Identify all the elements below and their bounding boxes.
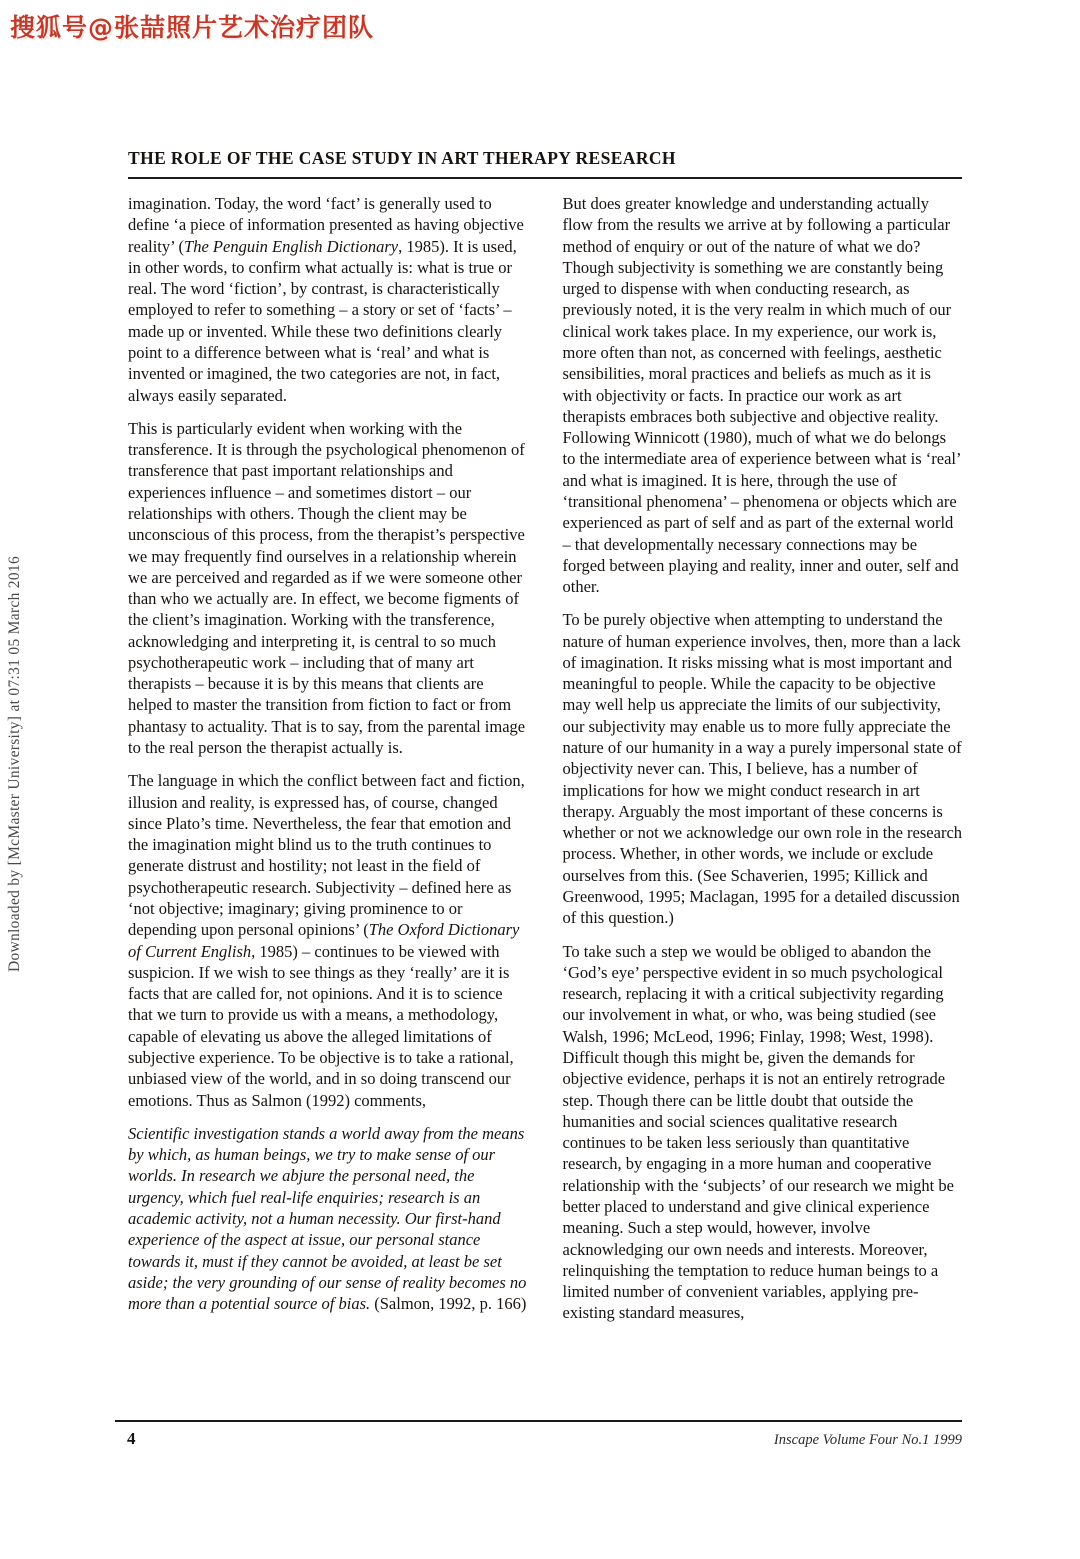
paragraph: But does greater knowledge and understan…	[563, 193, 963, 597]
left-column: imagination. Today, the word ‘fact’ is g…	[128, 193, 528, 1336]
page-footer: 4 Inscape Volume Four No.1 1999	[115, 1420, 962, 1449]
sohu-watermark: 搜狐号@张喆照片艺术治疗团队	[10, 8, 374, 44]
page-number: 4	[115, 1429, 136, 1449]
paragraph: To take such a step we would be obliged …	[563, 941, 963, 1324]
page-content: THE ROLE OF THE CASE STUDY IN ART THERAP…	[128, 148, 962, 1336]
two-column-body: imagination. Today, the word ‘fact’ is g…	[128, 193, 962, 1336]
right-column: But does greater knowledge and understan…	[563, 193, 963, 1336]
block-quote: Scientific investigation stands a world …	[128, 1123, 528, 1315]
paragraph: The language in which the conflict betwe…	[128, 770, 528, 1111]
footer-rule	[115, 1420, 962, 1422]
running-head-title: THE ROLE OF THE CASE STUDY IN ART THERAP…	[128, 148, 962, 169]
paragraph: This is particularly evident when workin…	[128, 418, 528, 759]
journal-citation: Inscape Volume Four No.1 1999	[774, 1432, 962, 1449]
header-rule	[128, 177, 962, 179]
paragraph: To be purely objective when attempting t…	[563, 609, 963, 928]
paragraph: imagination. Today, the word ‘fact’ is g…	[128, 193, 528, 406]
download-stamp: Downloaded by [McMaster University] at 0…	[6, 556, 24, 972]
